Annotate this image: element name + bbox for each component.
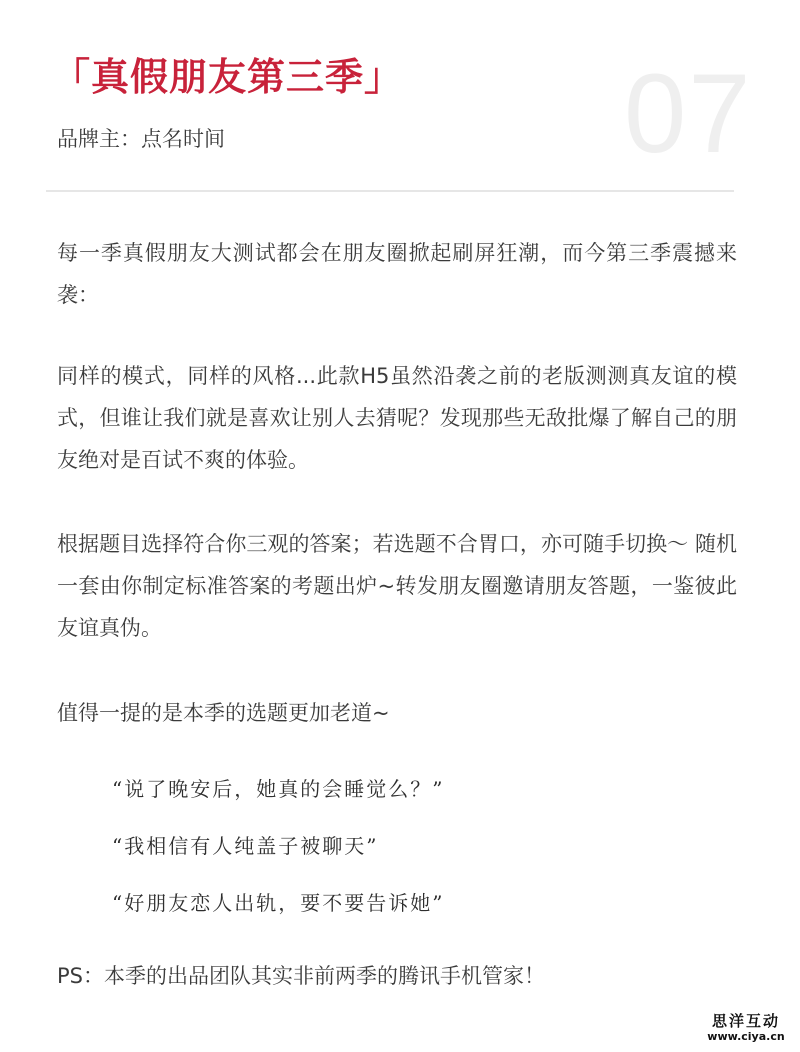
paragraph-intro: 每一季真假朋友大测试都会在朋友圈掀起刷屏狂潮，而今第三季震撼来袭： — [57, 232, 737, 316]
watermark: 思洋互动 www.ciya.cn — [694, 1013, 798, 1043]
divider — [46, 190, 734, 192]
brand-line: 品牌主：点名时间 — [57, 124, 225, 154]
index-number: 07 — [624, 58, 753, 170]
quote-item: “我相信有人纯盖子被聊天” — [112, 831, 378, 861]
quote-item: “说了晚安后，她真的会睡觉么？” — [112, 774, 444, 804]
paragraph-highlight: 值得一提的是本季的选题更加老道~ — [57, 692, 737, 734]
quote-item: “好朋友恋人出轨，要不要告诉她” — [112, 888, 444, 918]
paragraph-howto: 根据题目选择符合你三观的答案；若选题不合胃口，亦可随手切换～ 随机一套由你制定标… — [57, 523, 737, 649]
watermark-name: 思洋互动 — [694, 1013, 798, 1030]
postscript: PS：本季的出品团队其实非前两季的腾讯手机管家！ — [57, 955, 737, 997]
paragraph-style: 同样的模式，同样的风格...此款H5虽然沿袭之前的老版测测真友谊的模式，但谁让我… — [57, 355, 737, 481]
watermark-url: www.ciya.cn — [694, 1030, 798, 1043]
article-title: 「真假朋友第三季」 — [52, 52, 403, 102]
